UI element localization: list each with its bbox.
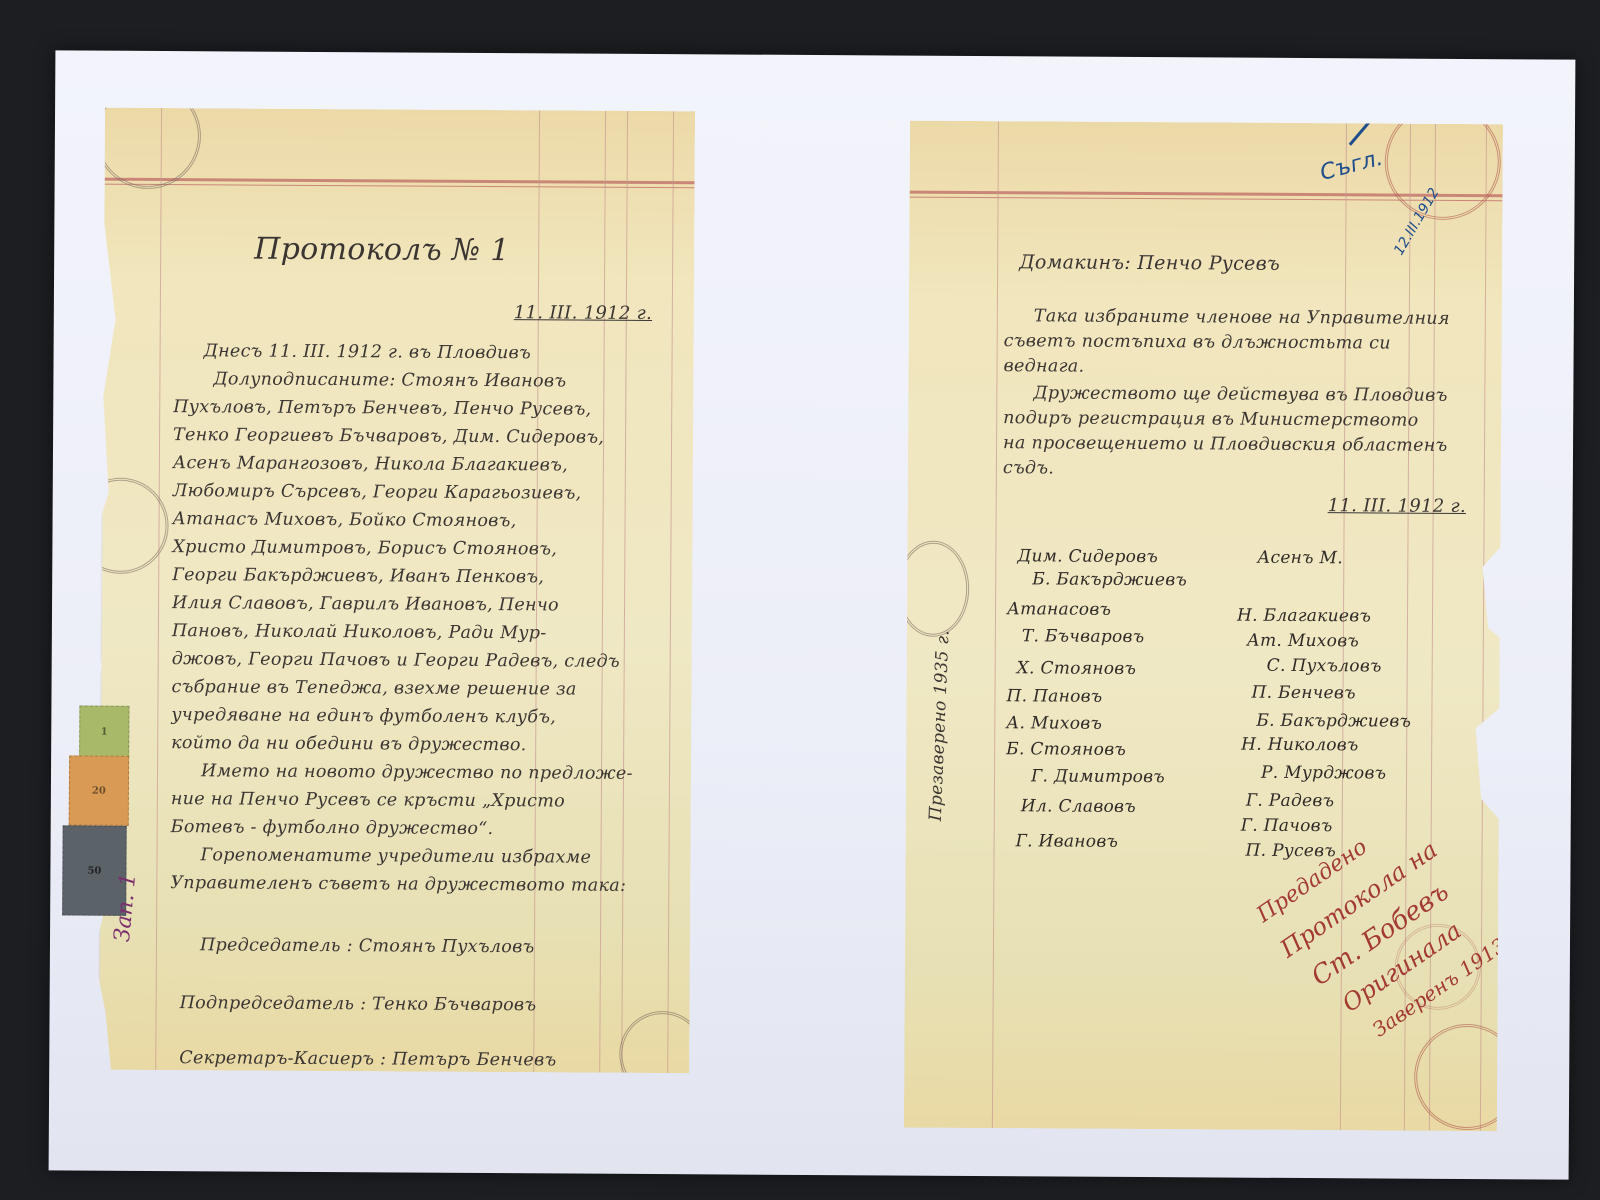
right-date: 11. III. 1912 г. [1328,495,1466,517]
officer-name: Тенко Бъчваровъ [372,994,536,1015]
body-line: Георги Бакърджиевъ, Иванъ Пенковъ, [172,565,544,587]
body-line: Управителенъ съветъ на дружеството така: [170,873,626,896]
officer-role: Председатель [200,935,341,956]
signature: Атанасовъ [1007,599,1111,620]
body-line: подиръ регистрация въ Министерството [1003,408,1418,431]
body-line: Асенъ Марангозовъ, Никола Благакиевъ, [173,453,568,475]
red-rule [105,184,695,189]
body-line: джовъ, Георги Пачовъ и Георги Радевъ, сл… [172,649,620,672]
officer-role: Подпредседатель [180,993,355,1014]
body-line: Тенко Георгиевъ Бъчваровъ, Дим. Сидеровъ… [173,425,604,448]
signature: Б. Стояновъ [1006,739,1126,760]
body-line: Днесъ 11. III. 1912 г. въ Пловдивъ [204,341,532,363]
body-line: Пухъловъ, Петъръ Бенчевъ, Пенчо Русевъ, [173,397,591,420]
body-line: Пановъ, Николай Николовъ, Ради Мур- [172,621,547,643]
signature: А. Миховъ [1006,713,1102,734]
revenue-stamp-green: 1 [79,706,129,758]
column-line [1480,124,1487,1131]
officer-row: Секретаръ-Касиеръ : Петъръ Бенчевъ [179,1048,556,1070]
printed-sheet: Протоколъ № 1 11. III. 1912 г. Днесъ 11.… [49,50,1576,1179]
signature: П. Бенчевъ [1251,683,1355,704]
signature: Ил. Славовъ [1021,796,1136,817]
body-line: съдъ. [1003,458,1054,478]
body-line: Атанасъ Миховъ, Бойко Стояновъ, [173,509,517,531]
official-seal-stamp [99,108,201,190]
signature: П. Пановъ [1006,686,1102,707]
body-line: на просвещението и Пловдивския областенъ [1003,433,1448,456]
blue-approval-annotation: Съгл. [1318,146,1386,186]
body-line: учредяване на единъ футболенъ клубъ, [171,705,556,727]
officer-name: Петъръ Бенчевъ [392,1049,556,1070]
treasurer-line: Домакинъ: Пенчо Русевъ [1019,251,1280,275]
body-line: Горепоменатите учредители избрахме [200,845,591,867]
red-seal-stamp [1414,1024,1503,1131]
body-line: Любомиръ Сърсевъ, Георги Карагьозиевъ, [173,481,582,503]
protocol-page-left: Протоколъ № 1 11. III. 1912 г. Днесъ 11.… [99,108,695,1074]
officer-row: Подпредседатель : Тенко Бъчваровъ [180,993,537,1015]
margin-line [155,108,162,1070]
body-line: Долуподписаните: Стоянъ Ивановъ [213,369,566,391]
signature: Асенъ М. [1257,548,1343,569]
signature: Б. Бакърджиевъ [1032,569,1187,590]
body-line: ние на Пенчо Русевъ се кръсти „Христо [171,789,565,811]
revenue-stamp-orange: 20 [69,755,129,825]
body-line: Христо Димитровъ, Борисъ Стояновъ, [172,537,557,559]
signature: Г. Пачовъ [1241,816,1333,837]
signature: Г. Ивановъ [1016,831,1119,852]
officer-role: Секретаръ-Касиеръ [179,1048,374,1069]
protocol-page-right: Съгл. 12.III.1912 Домакинъ: Пенчо Русевъ… [904,121,1503,1132]
signature: Дим. Сидеровъ [1017,546,1158,567]
protocol-date: 11. III. 1912 г. [514,302,652,324]
body-line: съветъ постъпиха въ длъжностьта си [1004,331,1391,353]
signature: Б. Бакърджиевъ [1256,711,1411,732]
column-line [667,111,674,1073]
signature: Г. Радевъ [1246,791,1335,812]
body-line: Ботевъ - футболно дружество“. [171,817,494,839]
signature: Х. Стояновъ [1017,658,1137,679]
signature: Н. Благакиевъ [1237,606,1371,627]
certification-vertical-note: Презаверено 1935 г. [926,630,954,822]
body-line: Името на новото дружество по предложе- [201,761,633,784]
column-line [621,111,628,1073]
signature: Г. Димитровъ [1031,766,1165,787]
signature: Р. Мурджовъ [1261,763,1386,784]
column-line [599,111,606,1073]
body-line: Така избраните членове на Управителния [1034,306,1450,329]
margin-line [992,121,999,1128]
body-line: Илия Славовъ, Гаврилъ Ивановъ, Пенчо [172,593,559,615]
signature: Н. Николовъ [1241,735,1359,756]
officer-name: Стоянъ Пухъловъ [359,936,535,957]
faded-red-seal-stamp [1384,121,1501,221]
signature: Ат. Миховъ [1247,631,1359,652]
club-seal-stamp [619,1011,695,1073]
body-line: който да ни обедини въ дружество. [171,733,527,755]
body-line: Дружеството ще действува въ Пловдивъ [1033,383,1447,406]
body-line: веднага. [1003,356,1084,376]
signature: С. Пухъловъ [1267,656,1382,677]
signature: Т. Бъчваровъ [1022,626,1145,647]
body-line: събрание въ Тепеджа, взехме решение за [171,677,576,699]
protocol-title: Протоколъ № 1 [254,232,510,269]
officer-row: Председатель : Стоянъ Пухъловъ [200,935,535,957]
column-line [533,110,540,1072]
kingdom-seal-stamp [904,541,970,637]
approval-text: Съгл. [1318,146,1386,186]
